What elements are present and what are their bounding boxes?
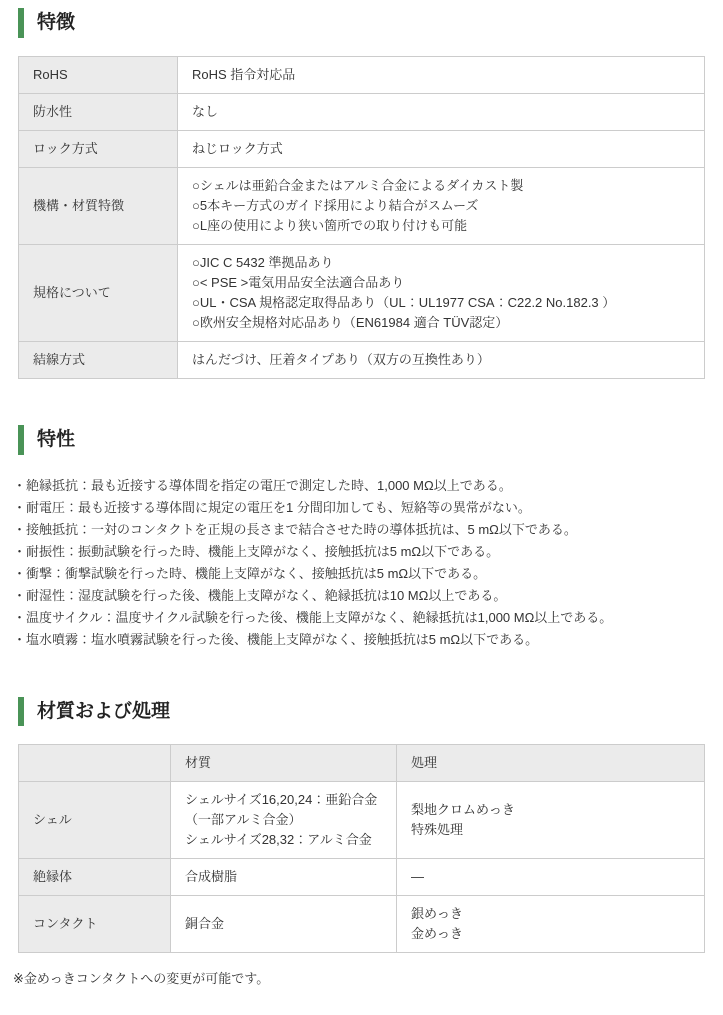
row-value: ○JIC C 5432 準拠品あり ○< PSE >電気用品安全法適合品あり ○… bbox=[178, 244, 705, 341]
features-table: RoHS RoHS 指令対応品 防水性 なし ロック方式 ねじロック方式 機構・… bbox=[18, 56, 705, 379]
product-spec-page: 特徴 RoHS RoHS 指令対応品 防水性 なし ロック方式 ねじロック方式 … bbox=[0, 0, 723, 1015]
section-title-characteristics: 特性 bbox=[18, 425, 705, 455]
material-cell: 銅合金 bbox=[171, 896, 397, 953]
value-line: ○欧州安全規格対応品あり（EN61984 適合 TÜV認定） bbox=[192, 313, 690, 333]
value-line: ○シェルは亜鉛合金またはアルミ合金によるダイカスト製 bbox=[192, 176, 690, 196]
material-cell: シェルサイズ16,20,24：亜鉛合金 （一部アルミ合金） シェルサイズ28,3… bbox=[171, 782, 397, 859]
characteristics-list: ・絶縁抵抗：最も近接する導体間を指定の電圧で測定した時、1,000 MΩ以上であ… bbox=[13, 475, 705, 651]
list-item: ・耐電圧：最も近接する導体間に規定の電圧を1 分間印加しても、短絡等の異常がない… bbox=[13, 497, 705, 519]
table-row: 防水性 なし bbox=[19, 93, 705, 130]
value-line: ねじロック方式 bbox=[192, 139, 690, 159]
list-item: ・絶縁抵抗：最も近接する導体間を指定の電圧で測定した時、1,000 MΩ以上であ… bbox=[13, 475, 705, 497]
table-row: RoHS RoHS 指令対応品 bbox=[19, 56, 705, 93]
table-header-row: 材質 処理 bbox=[19, 745, 705, 782]
row-label: 防水性 bbox=[19, 93, 178, 130]
col-header-material: 材質 bbox=[171, 745, 397, 782]
list-item: ・温度サイクル：温度サイクル試験を行った後、機能上支障がなく、絶縁抵抗は1,00… bbox=[13, 607, 705, 629]
value-line: ○L座の使用により狭い箇所での取り付けも可能 bbox=[192, 216, 690, 236]
value-line: 金めっき bbox=[411, 924, 690, 944]
row-value: はんだづけ、圧着タイプあり（双方の互換性あり） bbox=[178, 341, 705, 378]
material-cell: 合成樹脂 bbox=[171, 859, 397, 896]
value-line: シェルサイズ28,32：アルミ合金 bbox=[185, 830, 382, 850]
materials-table: 材質 処理 シェル シェルサイズ16,20,24：亜鉛合金 （一部アルミ合金） … bbox=[18, 744, 705, 953]
row-value: ○シェルは亜鉛合金またはアルミ合金によるダイカスト製 ○5本キー方式のガイド採用… bbox=[178, 167, 705, 244]
row-label: 規格について bbox=[19, 244, 178, 341]
treatment-cell: ― bbox=[397, 859, 705, 896]
value-line: 銅合金 bbox=[185, 914, 382, 934]
list-item: ・塩水噴霧：塩水噴霧試験を行った後、機能上支障がなく、接触抵抗は5 mΩ以下であ… bbox=[13, 629, 705, 651]
row-value: RoHS 指令対応品 bbox=[178, 56, 705, 93]
value-line: シェルサイズ16,20,24：亜鉛合金 bbox=[185, 790, 382, 810]
value-line: ○5本キー方式のガイド採用により結合がスムーズ bbox=[192, 196, 690, 216]
value-line: RoHS 指令対応品 bbox=[192, 65, 690, 85]
value-line: ― bbox=[411, 867, 690, 887]
value-line: ○UL・CSA 規格認定取得品あり（UL：UL1977 CSA：C22.2 No… bbox=[192, 293, 690, 313]
row-label: ロック方式 bbox=[19, 130, 178, 167]
table-row: 絶縁体 合成樹脂 ― bbox=[19, 859, 705, 896]
treatment-cell: 銀めっき 金めっき bbox=[397, 896, 705, 953]
section-materials: 材質および処理 材質 処理 シェル シェルサイズ16,20,24：亜鉛合金 （一… bbox=[18, 697, 705, 990]
value-line: （一部アルミ合金） bbox=[185, 810, 382, 830]
list-item: ・接触抵抗：一対のコンタクトを正規の長さまで結合させた時の導体抵抗は、5 mΩ以… bbox=[13, 519, 705, 541]
row-label: シェル bbox=[19, 782, 171, 859]
section-features: 特徴 RoHS RoHS 指令対応品 防水性 なし ロック方式 ねじロック方式 … bbox=[18, 8, 705, 379]
footnote: ※金めっきコンタクトへの変更が可能です。 bbox=[13, 969, 705, 989]
row-label: 絶縁体 bbox=[19, 859, 171, 896]
value-line: はんだづけ、圧着タイプあり（双方の互換性あり） bbox=[192, 350, 690, 370]
table-row: 結線方式 はんだづけ、圧着タイプあり（双方の互換性あり） bbox=[19, 341, 705, 378]
section-title-features: 特徴 bbox=[18, 8, 705, 38]
section-title-materials: 材質および処理 bbox=[18, 697, 705, 727]
col-header-treatment: 処理 bbox=[397, 745, 705, 782]
row-label: RoHS bbox=[19, 56, 178, 93]
value-line: ○JIC C 5432 準拠品あり bbox=[192, 253, 690, 273]
list-item: ・耐湿性：湿度試験を行った後、機能上支障がなく、絶縁抵抗は10 MΩ以上である。 bbox=[13, 585, 705, 607]
value-line: 合成樹脂 bbox=[185, 867, 382, 887]
table-row: コンタクト 銅合金 銀めっき 金めっき bbox=[19, 896, 705, 953]
section-characteristics: 特性 ・絶縁抵抗：最も近接する導体間を指定の電圧で測定した時、1,000 MΩ以… bbox=[18, 425, 705, 651]
row-value: ねじロック方式 bbox=[178, 130, 705, 167]
value-line: なし bbox=[192, 102, 690, 122]
table-row: シェル シェルサイズ16,20,24：亜鉛合金 （一部アルミ合金） シェルサイズ… bbox=[19, 782, 705, 859]
value-line: 特殊処理 bbox=[411, 820, 690, 840]
row-value: なし bbox=[178, 93, 705, 130]
table-row: 機構・材質特徴 ○シェルは亜鉛合金またはアルミ合金によるダイカスト製 ○5本キー… bbox=[19, 167, 705, 244]
list-item: ・耐振性：振動試験を行った時、機能上支障がなく、接触抵抗は5 mΩ以下である。 bbox=[13, 541, 705, 563]
value-line: 梨地クロムめっき bbox=[411, 800, 690, 820]
list-item: ・衝撃：衝撃試験を行った時、機能上支障がなく、接触抵抗は5 mΩ以下である。 bbox=[13, 563, 705, 585]
row-label: 結線方式 bbox=[19, 341, 178, 378]
row-label: 機構・材質特徴 bbox=[19, 167, 178, 244]
table-row: ロック方式 ねじロック方式 bbox=[19, 130, 705, 167]
row-label: コンタクト bbox=[19, 896, 171, 953]
value-line: ○< PSE >電気用品安全法適合品あり bbox=[192, 273, 690, 293]
treatment-cell: 梨地クロムめっき 特殊処理 bbox=[397, 782, 705, 859]
col-header-empty bbox=[19, 745, 171, 782]
table-row: 規格について ○JIC C 5432 準拠品あり ○< PSE >電気用品安全法… bbox=[19, 244, 705, 341]
value-line: 銀めっき bbox=[411, 904, 690, 924]
